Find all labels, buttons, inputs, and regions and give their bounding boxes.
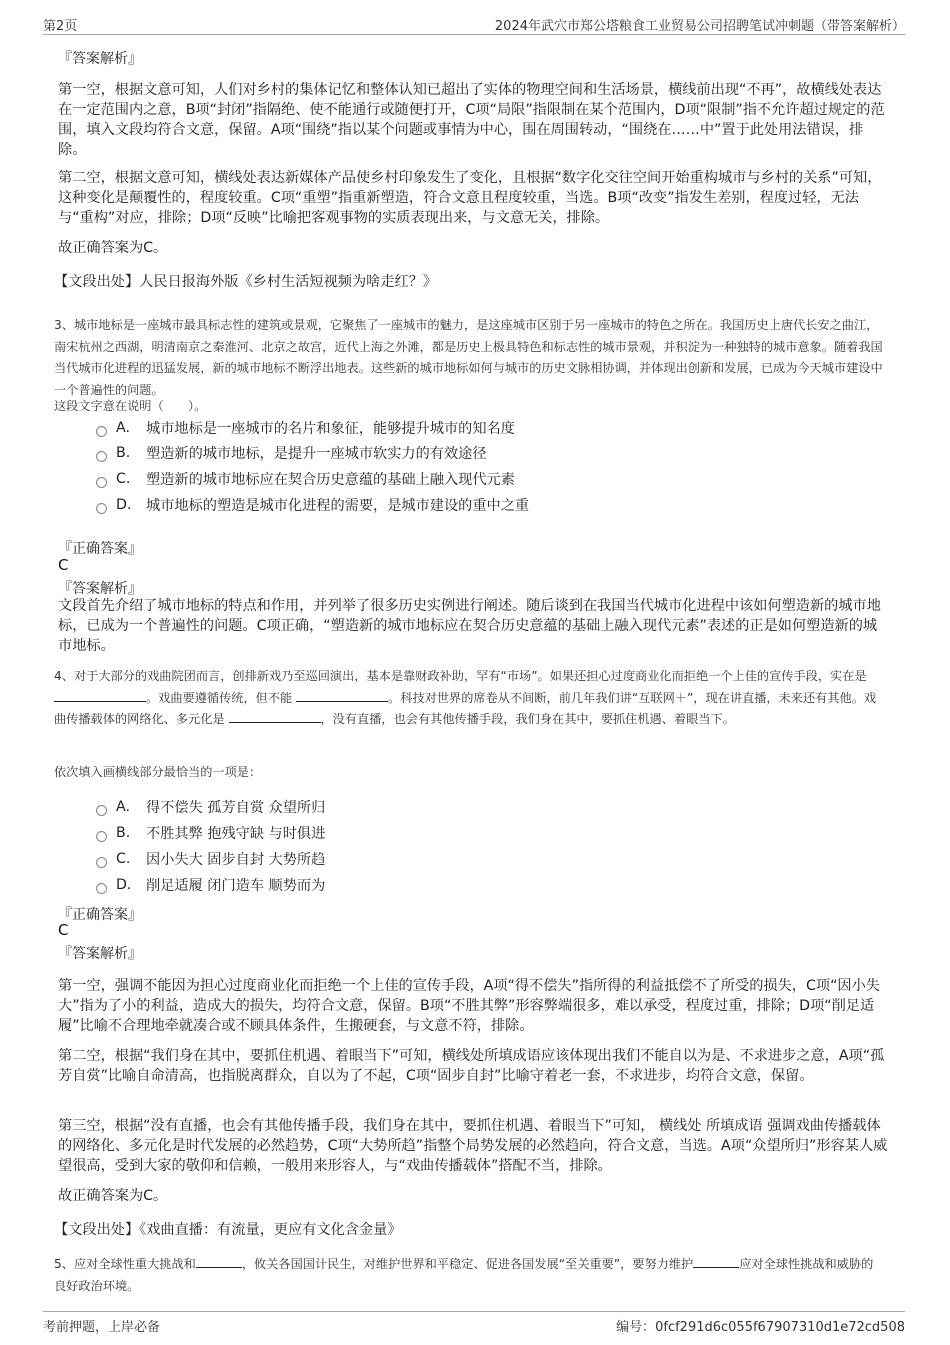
fill-blank-3 — [229, 722, 321, 723]
page-number: 第2页 — [43, 15, 77, 34]
radio-icon[interactable] — [96, 805, 107, 816]
q3-correct-answer: C — [58, 556, 888, 574]
radio-icon[interactable] — [96, 451, 107, 462]
radio-icon[interactable] — [96, 883, 107, 894]
page-header: 第2页 2024年武穴市郑公塔粮食工业贸易公司招聘笔试冲刺题（带答案解析） — [43, 14, 905, 35]
q4-analysis-para3: 第三空，根据“没有直播，也会有其他传播手段，我们身在其中，要抓住机遇、着眼当下”… — [58, 1116, 888, 1176]
radio-icon[interactable] — [96, 857, 107, 868]
fill-blank-2 — [693, 1267, 739, 1268]
q4-source: 【文段出处】《戏曲直播：有流量，更应有文化含金量》 — [54, 1220, 884, 1240]
q3-option-b[interactable]: B. 塑造新的城市地标，是提升一座城市软实力的有效途径 — [96, 442, 487, 464]
q5-stem: 5、应对全球性重大挑战和，攸关各国国计民生，对维护世界和平稳定、促进各国发展“至… — [54, 1254, 884, 1297]
page-footer: 考前押题，上岸必备 编号：0fcf291d6c055f67907310d1e72… — [43, 1311, 905, 1334]
q3-option-c[interactable]: C. 塑造新的城市地标应在契合历史意蕴的基础上融入现代元素 — [96, 468, 515, 490]
q3-stem: 3、城市地标是一座城市最具标志性的建筑或景观，它聚焦了一座城市的魅力，是这座城市… — [54, 315, 884, 401]
q4-analysis-para1: 第一空，强调不能因为担心过度商业化而拒绝一个上佳的宣传手段，A项“得不偿失”指所… — [58, 976, 888, 1036]
q3-option-d[interactable]: D. 城市地标的塑造是城市化进程的需要，是城市建设的重中之重 — [96, 494, 529, 516]
radio-icon[interactable] — [96, 426, 107, 437]
q2-analysis-para2: 第二空，根据文意可知，横线处表达新媒体产品使乡村印象发生了变化，且根据“数字化交… — [58, 168, 888, 228]
q4-prompt: 依次填入画横线部分最恰当的一项是： — [54, 762, 884, 784]
q2-conclusion: 故正确答案为C。 — [58, 238, 888, 258]
radio-icon[interactable] — [96, 831, 107, 842]
q3-analysis-label: 『答案解析』 — [58, 578, 888, 598]
q3-analysis: 文段首先介绍了城市地标的特点和作用，并列举了很多历史实例进行阐述。随后谈到在我国… — [58, 596, 888, 656]
q3-prompt: 这段文字意在说明（ ）。 — [54, 396, 884, 418]
q4-stem: 4、对于大部分的戏曲院团而言，创排新戏乃至巡回演出，基本是靠财政补助，罕有“市场… — [54, 666, 884, 731]
fill-blank-1 — [196, 1267, 242, 1268]
radio-icon[interactable] — [96, 477, 107, 488]
fill-blank-1 — [54, 701, 146, 702]
q2-source: 【文段出处】人民日报海外版《乡村生活短视频为啥走红？》 — [54, 272, 884, 292]
q2-analysis-para1: 第一空，根据文意可知，人们对乡村的集体记忆和整体认知已超出了实体的物理空间和生活… — [58, 80, 888, 160]
document-title: 2024年武穴市郑公塔粮食工业贸易公司招聘笔试冲刺题（带答案解析） — [495, 15, 905, 34]
q3-correct-label: 『正确答案』 — [58, 538, 888, 558]
fill-blank-2 — [296, 701, 388, 702]
q2-analysis-label: 『答案解析』 — [58, 48, 888, 68]
q4-option-b[interactable]: B. 不胜其弊 抱残守缺 与时俱进 — [96, 822, 325, 844]
q4-analysis-label: 『答案解析』 — [58, 943, 888, 963]
q4-option-d[interactable]: D. 削足适履 闭门造车 顺势而为 — [96, 874, 325, 896]
q4-conclusion: 故正确答案为C。 — [58, 1186, 888, 1206]
q4-analysis-para2: 第二空，根据“我们身在其中，要抓住机遇、着眼当下”可知，横线处所填成语应该体现出… — [58, 1046, 888, 1086]
radio-icon[interactable] — [96, 503, 107, 514]
q4-option-c[interactable]: C. 因小失大 固步自封 大势所趋 — [96, 848, 325, 870]
q4-option-a[interactable]: A. 得不偿失 孤芳自赏 众望所归 — [96, 796, 325, 818]
footer-slogan: 考前押题，上岸必备 — [43, 1316, 160, 1335]
q4-correct-answer: C — [58, 921, 888, 939]
q3-option-a[interactable]: A. 城市地标是一座城市的名片和象征，能够提升城市的知名度 — [96, 417, 515, 439]
serial-number: 编号：0fcf291d6c055f67907310d1e72cd508 — [616, 1316, 905, 1335]
